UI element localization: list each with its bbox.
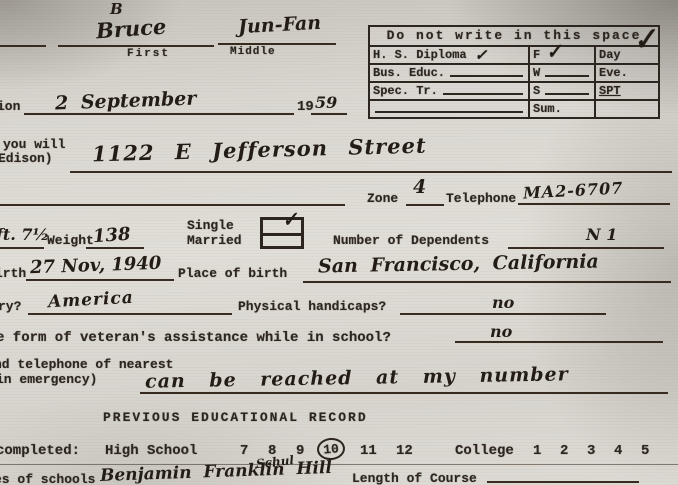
zone-line xyxy=(406,204,444,206)
checkmark-icon: ✓ xyxy=(475,48,488,63)
admin-cell-diploma: H. S. Diploma ✓ xyxy=(370,47,530,63)
telephone-label: Telephone xyxy=(446,191,516,206)
admin-cell-w: W xyxy=(530,65,596,81)
admin-box-row: Sum. xyxy=(370,99,658,117)
admin-label-diploma: H. S. Diploma xyxy=(373,48,467,62)
checkmark-icon: ✓ xyxy=(281,210,299,231)
admin-label-sum: Sum. xyxy=(533,102,562,116)
admin-label-spec-tr: Spec. Tr. xyxy=(373,84,438,98)
admin-box: Do not write in this space H. S. Diploma… xyxy=(368,25,660,119)
birth-date-value: 27 Nov, 1940 xyxy=(30,253,162,279)
admin-cell-spt: SPT xyxy=(596,83,658,99)
place-of-birth-value: San Francisco, California xyxy=(318,251,599,278)
admin-cell-bus-educ: Bus. Educ. xyxy=(370,65,530,81)
schools-label-fragment: es of schools xyxy=(0,472,95,485)
grade-11: 11 xyxy=(360,443,377,459)
emergency-line xyxy=(140,392,668,394)
grade-7: 7 xyxy=(240,443,248,459)
admin-cell-blank xyxy=(370,101,530,117)
checkbox-divider xyxy=(262,233,302,236)
married-label: Married xyxy=(187,233,242,248)
address-value: 1122 E Jefferson Street xyxy=(92,133,427,167)
height-line xyxy=(0,247,44,249)
zone-value: 4 xyxy=(413,176,426,198)
college-2: 2 xyxy=(560,443,568,459)
address-label-fragment-1: you will xyxy=(3,137,65,152)
education-section-title: PREVIOUS EDUCATIONAL RECORD xyxy=(103,410,368,425)
handicaps-line xyxy=(400,313,606,315)
first-name-line xyxy=(58,45,214,47)
weight-line xyxy=(86,247,144,249)
grade-10: 10 xyxy=(323,441,340,457)
college-5: 5 xyxy=(641,443,649,459)
completed-fragment: completed: xyxy=(0,443,80,459)
admin-cell-blank xyxy=(596,101,658,117)
address-line xyxy=(70,171,672,173)
admin-label-day: Day xyxy=(599,48,621,62)
middle-name-value: Jun-Fan xyxy=(237,12,321,38)
checkmark-icon: ✓ xyxy=(545,42,563,63)
country-label-fragment: ry? xyxy=(0,299,21,314)
height-fragment: ft. 7½ xyxy=(0,225,49,244)
emergency-label-fragment-2: in emergency) xyxy=(0,372,97,387)
college-4: 4 xyxy=(614,443,622,459)
admin-label-eve: Eve. xyxy=(599,66,628,80)
veteran-question: e form of veteran's assistance while in … xyxy=(0,330,391,346)
cell-rule xyxy=(545,93,589,95)
birth-label-fragment: irth xyxy=(0,266,26,281)
handicaps-label: Physical handicaps? xyxy=(238,299,386,314)
faint-rule xyxy=(0,464,678,465)
cell-rule xyxy=(450,75,523,77)
first-name-value: Bruce xyxy=(95,14,167,44)
marital-status-checkbox: ✓ xyxy=(260,217,304,249)
college-1: 1 xyxy=(533,443,541,459)
cell-rule xyxy=(375,111,523,113)
telephone-line xyxy=(518,203,670,205)
weight-label: Weight xyxy=(47,233,94,248)
country-value: America xyxy=(48,288,135,312)
stray-pen-mark: B xyxy=(110,0,123,18)
handicaps-value: no xyxy=(492,293,514,312)
grade-9: 9 xyxy=(296,443,304,459)
country-line xyxy=(28,313,232,315)
middle-name-line xyxy=(218,43,336,45)
admin-label-w: W xyxy=(533,66,540,80)
emergency-answer: can be reached at my number xyxy=(145,363,569,392)
city-line xyxy=(0,204,345,206)
dependents-value: N 1 xyxy=(586,225,617,244)
zone-label: Zone xyxy=(367,191,398,206)
college-label: College xyxy=(455,443,514,459)
admin-label-s: S xyxy=(533,84,540,98)
admin-cell-day: Day ✓ xyxy=(596,47,658,63)
length-of-course-label: Length of Course xyxy=(352,471,477,485)
schools-value: Benjamin Franklin Hill xyxy=(100,458,333,485)
middle-name-label: Middle xyxy=(230,46,276,58)
grade-12: 12 xyxy=(396,443,413,459)
place-of-birth-label: Place of birth xyxy=(178,266,287,281)
single-label: Single xyxy=(187,218,234,233)
admin-cell-sum: Sum. xyxy=(530,101,596,117)
weight-value: 138 xyxy=(92,224,131,248)
admin-box-row: Spec. Tr. S SPT xyxy=(370,81,658,99)
admin-cell-eve: Eve. xyxy=(596,65,658,81)
dependents-label: Number of Dependents xyxy=(333,233,489,248)
year-line xyxy=(311,113,347,115)
admin-label-spt: SPT xyxy=(599,84,621,98)
college-3: 3 xyxy=(587,443,595,459)
admin-label-bus-educ: Bus. Educ. xyxy=(373,66,445,80)
admin-cell-f: F ✓ xyxy=(530,47,596,63)
dependents-line xyxy=(508,247,664,249)
date-label-fragment: ion xyxy=(0,99,20,114)
cell-rule xyxy=(545,75,589,77)
year-value: 59 xyxy=(315,93,337,112)
address-label-fragment-2: Edison) xyxy=(0,151,53,166)
admin-label-f: F xyxy=(533,48,540,62)
first-name-label: First xyxy=(127,48,170,60)
admin-box-row: H. S. Diploma ✓ F ✓ Day ✓ xyxy=(370,45,658,63)
admin-box-row: Bus. Educ. W Eve. xyxy=(370,63,658,81)
veteran-answer: no xyxy=(490,322,512,341)
admin-box-title: Do not write in this space xyxy=(370,27,658,45)
date-value: 2 September xyxy=(55,88,197,115)
veteran-line xyxy=(455,341,663,343)
checkmark-icon: ✓ xyxy=(630,24,658,56)
high-school-label: High School xyxy=(105,443,197,459)
birth-date-line xyxy=(26,279,174,281)
length-of-course-line xyxy=(487,481,639,483)
place-of-birth-line xyxy=(303,281,671,283)
admin-cell-spec-tr: Spec. Tr. xyxy=(370,83,530,99)
telephone-value: MA2-6707 xyxy=(523,178,624,202)
blank-line-left-edge xyxy=(0,45,46,47)
scanned-form-page: B Bruce First Jun-Fan Middle Do not writ… xyxy=(0,0,678,485)
admin-cell-s: S xyxy=(530,83,596,99)
cell-rule xyxy=(443,93,523,95)
